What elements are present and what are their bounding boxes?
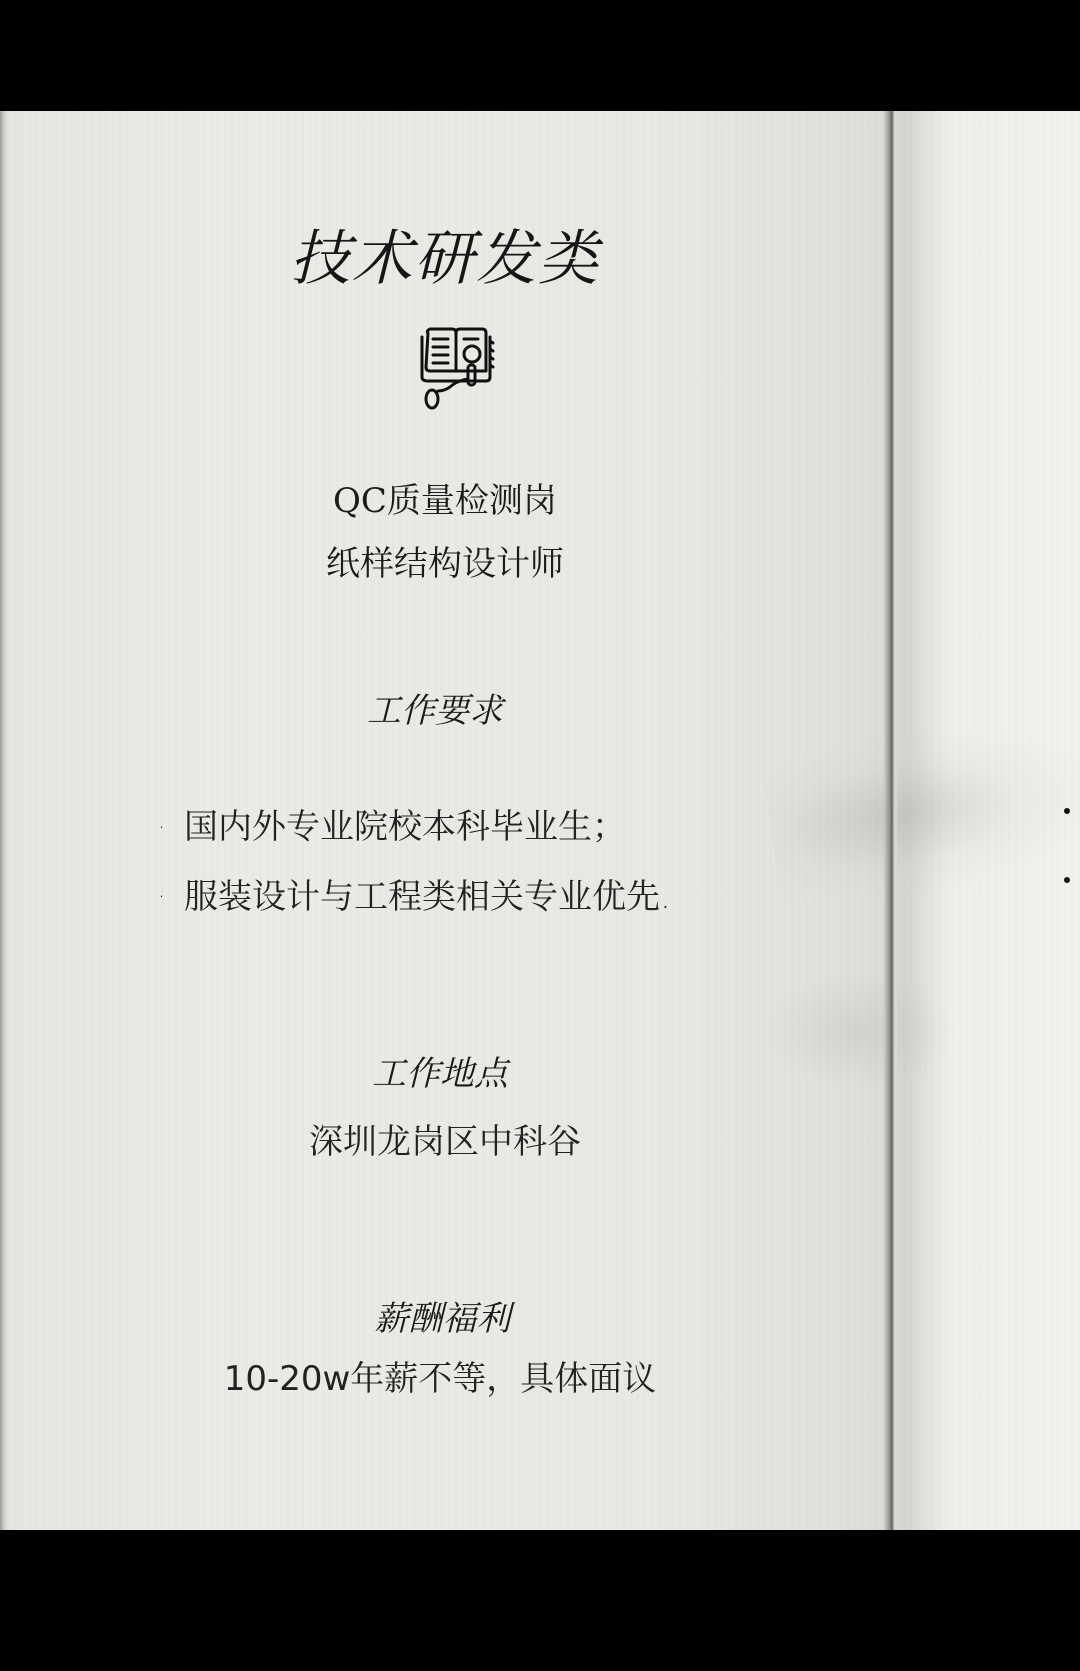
position-title: 纸样结构设计师 [0, 536, 890, 585]
page-title: 技术研发类 [0, 211, 890, 297]
requirement-item: ·国内外专业院校本科毕业生； [158, 793, 671, 863]
book-magnifier-icon [416, 321, 496, 411]
bullet-icon [1064, 808, 1070, 814]
salary-heading: 薪酬福利 [0, 1291, 885, 1340]
requirements-list: ·国内外专业院校本科毕业生； ·服装设计与工程类相关专业优先. [158, 793, 671, 932]
paper-crease [760, 710, 1080, 913]
location-heading: 工作地点 [0, 1046, 880, 1095]
requirement-text: 国内外专业院校本科毕业生； [184, 807, 626, 847]
bullet-icon [1064, 877, 1070, 883]
position-title: QC质量检测岗 [0, 473, 890, 522]
bullet-icon: · [158, 864, 184, 932]
torn-paper-seam [884, 111, 898, 1530]
bullet-icon: · [158, 795, 184, 863]
salary-value: 10-20w年薪不等，具体面议 [0, 1351, 880, 1400]
paper-background: 技术研发类 QC质量检测岗 纸样结构设计师 工作要求 ·国内外专业院校本科毕业生… [0, 111, 1080, 1530]
requirement-item: ·服装设计与工程类相关专业优先. [158, 863, 671, 933]
requirement-text: 服装设计与工程类相关专业优先. [184, 877, 671, 917]
location-value: 深圳龙岗区中科谷 [0, 1114, 890, 1163]
next-page-bullets [1064, 808, 1070, 946]
requirements-heading: 工作要求 [0, 683, 870, 732]
